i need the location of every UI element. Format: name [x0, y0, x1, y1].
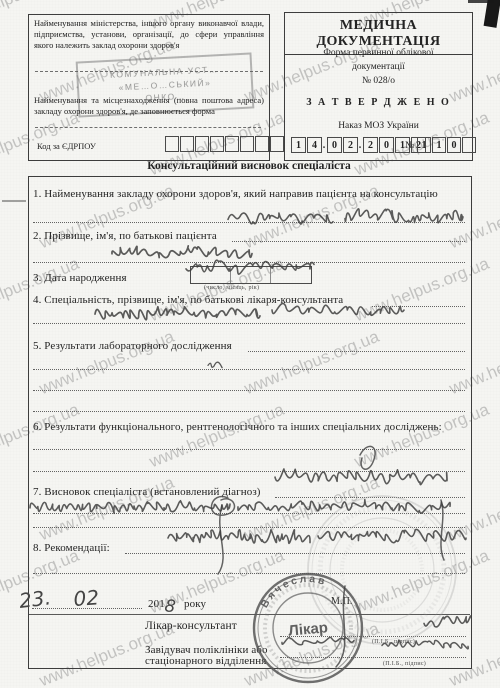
- year-suffix: року: [184, 598, 206, 610]
- header-fill-line: [35, 127, 261, 128]
- year-prefix: 201: [148, 598, 165, 610]
- edrpou-cell: [255, 136, 269, 152]
- order-number-cell: 1: [417, 137, 431, 153]
- order-number-cell: 1: [432, 137, 446, 153]
- edrpou-cell: [270, 136, 284, 152]
- blank-line: [33, 262, 465, 263]
- header-fill-line: [35, 71, 263, 72]
- order-number-cell: 0: [447, 137, 461, 153]
- consultant-signature-line: [280, 636, 466, 637]
- item8-fill-line: [125, 553, 465, 554]
- order-date-cell: 0: [327, 137, 342, 153]
- order-date-cell: 4: [307, 137, 322, 153]
- blank-line: [33, 573, 465, 574]
- number-label: №: [405, 140, 415, 151]
- order-date-cell: 0: [379, 137, 394, 153]
- signature-caption-2: (П.І.Б., підпис): [383, 661, 426, 667]
- scan-artifact: [2, 200, 26, 202]
- item2-fill-line: [232, 241, 465, 242]
- item6-label: 6. Результати функціонального, рентгенол…: [33, 421, 442, 433]
- form-line2: документації: [285, 61, 472, 75]
- scan-artifact: [468, 0, 494, 3]
- blank-line: [33, 513, 465, 514]
- scanned-medical-form-028: www.helpus.org.uawww.helpus.org.uawww.he…: [0, 0, 500, 688]
- blank-line: [33, 390, 465, 391]
- item4-fill-line: [372, 306, 465, 307]
- footer-divider: [28, 614, 470, 615]
- form-line1: Форма первинної облікової: [285, 47, 472, 61]
- item8-label: 8. Рекомендації:: [33, 542, 110, 554]
- edrpou-cell: [240, 136, 254, 152]
- order-number-cells: 110: [416, 137, 476, 153]
- date-dot-separator: .: [322, 140, 326, 151]
- form-line3: № 028/о: [285, 75, 472, 89]
- blank-line: [33, 449, 465, 450]
- edrpou-cells: [164, 136, 284, 152]
- item4-label: 4. Спеціальність, прізвище, ім'я, по бат…: [33, 294, 343, 306]
- item5-fill-line: [248, 351, 465, 352]
- signature-caption: (П.І.Б., підпис): [372, 639, 415, 645]
- head-label-line2: стаціонарного відділення: [145, 655, 266, 667]
- approved-label: З А Т В Е Р Д Ж Е Н О: [285, 97, 472, 108]
- item7-label: 7. Висновок спеціаліста (встановлений ді…: [33, 486, 261, 498]
- blank-line: [33, 411, 465, 412]
- blank-line: [33, 222, 465, 223]
- edrpou-cell: [165, 136, 179, 152]
- ministry-note: Найменування міністерства, іншого органу…: [34, 18, 264, 52]
- blank-line: [33, 323, 465, 324]
- edrpou-cell: [180, 136, 194, 152]
- edrpou-cell: [195, 136, 209, 152]
- order-number-cell: [462, 137, 476, 153]
- date-fill-line: [32, 608, 142, 609]
- header-left-box: Найменування міністерства, іншого органу…: [28, 14, 270, 161]
- item2-label: 2. Прізвище, ім'я, по батькові пацієнта: [33, 230, 217, 242]
- order-date-cell: 2: [343, 137, 358, 153]
- header-right-box: МЕДИЧНА ДОКУМЕНТАЦІЯ Форма первинної обл…: [284, 12, 473, 161]
- item5-label: 5. Результати лабораторного дослідження: [33, 340, 232, 352]
- stamp-place-label: М.П.: [331, 596, 353, 607]
- order-date-cell: 2: [363, 137, 378, 153]
- edrpou-cell: [210, 136, 224, 152]
- item3-label: 3. Дата народження: [33, 272, 127, 284]
- blank-line: [33, 527, 465, 528]
- date-dot-separator: .: [358, 140, 362, 151]
- birthdate-box: [190, 266, 312, 284]
- head-signature-line: [280, 657, 466, 658]
- blank-line: [33, 369, 465, 370]
- order-date-cell: 1: [291, 137, 306, 153]
- edrpou-cell: [225, 136, 239, 152]
- birthdate-divider: [230, 267, 231, 283]
- item7-fill-line: [275, 497, 465, 498]
- form-number-block: Форма первинної облікової документації №…: [285, 47, 472, 88]
- item1-label: 1. Найменування закладу охорони здоров'я…: [33, 188, 438, 200]
- blank-line: [33, 471, 465, 472]
- form-title: Консультаційний висновок спеціаліста: [28, 160, 470, 172]
- consultant-label: Лікар-консультант: [145, 620, 237, 632]
- birthdate-divider: [270, 267, 271, 283]
- edrpou-label: Код за ЄДРПОУ: [37, 141, 96, 151]
- item3-caption: (число, місяць, рік): [204, 285, 259, 291]
- address-note: Найменування та місцезнаходження (повна …: [34, 95, 264, 117]
- order-label: Наказ МОЗ України: [285, 121, 472, 131]
